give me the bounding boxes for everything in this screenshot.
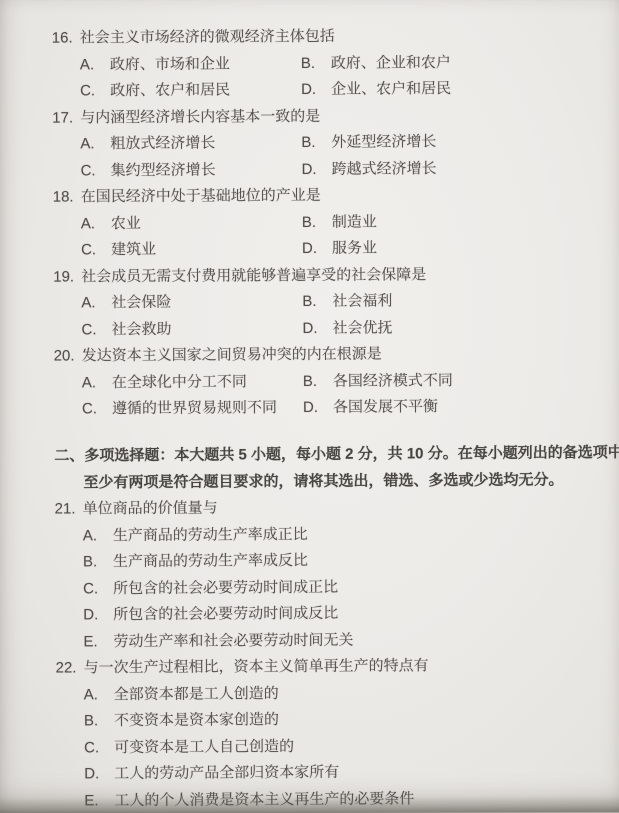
option-row: A.政府、市场和企业B.政府、企业和农户 <box>80 49 617 79</box>
option-label: D. <box>302 236 332 263</box>
question-number: 22. <box>56 655 84 682</box>
option-C: C.政府、农户和居民 <box>80 77 301 105</box>
question-stem-line: 17.与内涵型经济增长内容基本一致的是 <box>0 102 617 132</box>
option-row: A.粗放式经济增长B.外延型经济增长 <box>80 128 617 158</box>
question-stem: 在国民经济中处于基础地位的产业是 <box>81 187 321 205</box>
question-stem-line: 16.社会主义市场经济的微观经济主体包括 <box>0 22 617 52</box>
question-19: 19.社会成员无需支付费用就能够普遍享受的社会保障是A.社会保险B.社会福利C.… <box>0 261 619 344</box>
question-stem-line: 21.单位商品的价值量与 <box>1 493 619 523</box>
option-text: 社会保险 <box>111 294 171 311</box>
option-D: D.工人的劳动产品全部归资本家所有 <box>84 764 339 783</box>
option-A: A.农业 <box>81 210 302 238</box>
option-B: B.生产商品的劳动生产率成反比 <box>83 552 308 570</box>
option-B: B.外延型经济增长 <box>301 128 617 156</box>
option-C: C.所包含的社会必要劳动时间成正比 <box>83 578 338 597</box>
option-label: D. <box>84 761 114 788</box>
section-multiple-choice-questions: 二、多项选择题：本大题共 5 小题，每小题 2 分，共 10 分。在每小题列出的… <box>0 440 619 813</box>
question-20: 20.发达资本主义国家之间贸易冲突的内在根源是A.在全球化中分工不同B.各国经济… <box>0 340 619 423</box>
option-text: 全部资本都是工人创造的 <box>114 685 279 703</box>
option-text: 可变资本是工人自己创造的 <box>114 738 294 756</box>
options: A.全部资本都是工人创造的B.不变资本是资本家创造的C.可变资本是工人自己创造的… <box>2 679 619 813</box>
question-stem-line: 22.与一次生产过程相比，资本主义简单再生产的特点有 <box>2 652 619 682</box>
section-header-line: 二、多项选择题：本大题共 5 小题，每小题 2 分，共 10 分。在每小题列出的… <box>0 440 619 470</box>
option-B: B.制造业 <box>302 208 618 236</box>
options: A.粗放式经济增长B.外延型经济增长C.集约型经济增长D.跨越式经济增长 <box>0 128 618 185</box>
option-label: A. <box>81 211 111 238</box>
question-17: 17.与内涵型经济增长内容基本一致的是A.粗放式经济增长B.外延型经济增长C.集… <box>0 102 618 185</box>
option-A: A.政府、市场和企业 <box>80 51 301 79</box>
option-text: 各国发展不平衡 <box>333 398 438 416</box>
question-stem-line: 19.社会成员无需支付费用就能够普遍享受的社会保障是 <box>0 261 618 291</box>
scanned-exam-photo: 16.社会主义市场经济的微观经济主体包括A.政府、市场和企业B.政府、企业和农户… <box>0 0 619 813</box>
option-row: A.社会保险B.社会福利 <box>81 287 618 317</box>
option-E: E.劳动生产率和社会必要劳动时间无关 <box>83 631 353 650</box>
option-label: B. <box>301 130 331 157</box>
option-text: 企业、农户和居民 <box>331 80 451 98</box>
option-label: B. <box>302 209 332 236</box>
option-row: D.工人的劳动产品全部归资本家所有 <box>84 758 619 788</box>
question-stem: 社会主义市场经济的微观经济主体包括 <box>80 28 335 47</box>
option-text: 社会福利 <box>332 292 392 309</box>
option-A: A.在全球化中分工不同 <box>82 369 303 397</box>
section-header-line: 至少有两项是符合题目要求的，请将其选出，错选、多选或少选均无分。 <box>0 467 619 497</box>
option-text: 在全球化中分工不同 <box>112 373 247 391</box>
option-row: C.社会救助D.社会优抚 <box>81 314 618 344</box>
options: A.政府、市场和企业B.政府、企业和农户C.政府、农户和居民D.企业、农户和居民 <box>0 49 617 106</box>
option-text: 遵循的世界贸易规则不同 <box>112 399 277 417</box>
option-label: D. <box>83 602 113 629</box>
question-number: 21. <box>55 496 83 523</box>
option-row: C.集约型经济增长D.跨越式经济增长 <box>80 155 617 185</box>
option-text: 集约型经济增长 <box>111 161 216 179</box>
question-21: 21.单位商品的价值量与A.生产商品的劳动生产率成正比B.生产商品的劳动生产率成… <box>1 493 619 656</box>
option-text: 工人的劳动产品全部归资本家所有 <box>114 764 339 782</box>
option-B: B.各国经济模式不同 <box>303 367 619 395</box>
option-D: D.企业、农户和居民 <box>301 75 617 103</box>
option-B: B.社会福利 <box>302 287 618 315</box>
option-label: B. <box>301 50 331 77</box>
option-C: C.可变资本是工人自己创造的 <box>84 738 294 756</box>
option-D: D.各国发展不平衡 <box>303 393 619 421</box>
option-label: C. <box>84 735 114 762</box>
question-number: 20. <box>54 343 82 370</box>
option-text: 政府、农户和居民 <box>110 81 230 99</box>
option-label: E. <box>84 788 114 813</box>
option-label: C. <box>82 396 112 423</box>
option-D: D.服务业 <box>302 234 618 262</box>
option-label: A. <box>81 290 111 317</box>
option-label: D. <box>303 395 333 422</box>
option-B: B.政府、企业和农户 <box>301 49 617 77</box>
option-text: 政府、市场和企业 <box>110 55 230 73</box>
options: A.生产商品的劳动生产率成正比B.生产商品的劳动生产率成反比C.所包含的社会必要… <box>1 520 619 656</box>
option-label: A. <box>80 52 110 79</box>
option-label: D. <box>301 77 331 104</box>
option-row: C.建筑业D.服务业 <box>81 234 618 264</box>
option-row: E.工人的个人消费是资本主义再生产的必要条件 <box>84 785 619 813</box>
option-row: C.政府、农户和居民D.企业、农户和居民 <box>80 75 617 105</box>
option-A: A.社会保险 <box>81 289 302 317</box>
question-stem: 与内涵型经济增长内容基本一致的是 <box>80 107 320 125</box>
option-label: D. <box>302 315 332 342</box>
option-row: A.生产商品的劳动生产率成正比 <box>83 520 619 550</box>
option-row: C.遵循的世界贸易规则不同D.各国发展不平衡 <box>82 393 619 423</box>
option-label: A. <box>82 370 112 397</box>
option-text: 建筑业 <box>111 241 156 258</box>
option-text: 政府、企业和农户 <box>331 54 451 72</box>
option-label: C. <box>81 317 111 344</box>
option-row: E.劳动生产率和社会必要劳动时间无关 <box>83 626 619 656</box>
option-D: D.跨越式经济增长 <box>301 155 617 183</box>
question-stem: 发达资本主义国家之间贸易冲突的内在根源是 <box>82 346 382 365</box>
option-label: D. <box>301 156 331 183</box>
option-C: C.遵循的世界贸易规则不同 <box>82 395 303 423</box>
question-18: 18.在国民经济中处于基础地位的产业是A.农业B.制造业C.建筑业D.服务业 <box>0 181 618 264</box>
option-row: D.所包含的社会必要劳动时间成反比 <box>83 599 619 629</box>
option-label: B. <box>302 289 332 316</box>
option-row: A.在全球化中分工不同B.各国经济模式不同 <box>82 367 619 397</box>
option-text: 劳动生产率和社会必要劳动时间无关 <box>113 631 353 649</box>
option-E: E.工人的个人消费是资本主义再生产的必要条件 <box>84 790 414 809</box>
exam-page-content: 16.社会主义市场经济的微观经济主体包括A.政府、市场和企业B.政府、企业和农户… <box>0 0 619 813</box>
option-label: C. <box>81 237 111 264</box>
option-row: C.可变资本是工人自己创造的 <box>84 732 619 762</box>
question-stem-line: 18.在国民经济中处于基础地位的产业是 <box>0 181 618 211</box>
option-label: A. <box>80 131 110 158</box>
option-label: B. <box>84 708 114 735</box>
option-text: 各国经济模式不同 <box>333 372 453 390</box>
option-D: D.社会优抚 <box>302 314 618 342</box>
option-label: B. <box>83 549 113 576</box>
option-A: A.全部资本都是工人创造的 <box>84 685 279 703</box>
option-label: C. <box>80 78 110 105</box>
option-label: E. <box>83 629 113 656</box>
option-A: A.生产商品的劳动生产率成正比 <box>83 526 308 544</box>
options: A.社会保险B.社会福利C.社会救助D.社会优抚 <box>0 287 619 344</box>
option-text: 服务业 <box>332 240 377 257</box>
question-number: 19. <box>53 264 81 291</box>
option-label: C. <box>83 576 113 603</box>
option-row: A.农业B.制造业 <box>81 208 618 238</box>
option-text: 所包含的社会必要劳动时间成反比 <box>113 605 338 623</box>
question-stem: 单位商品的价值量与 <box>83 500 218 518</box>
option-A: A.粗放式经济增长 <box>80 130 301 158</box>
question-stem: 社会成员无需支付费用就能够普遍享受的社会保障是 <box>81 266 426 285</box>
option-row: A.全部资本都是工人创造的 <box>84 679 619 709</box>
option-text: 生产商品的劳动生产率成反比 <box>113 552 308 570</box>
option-label: B. <box>303 368 333 395</box>
option-text: 生产商品的劳动生产率成正比 <box>113 526 308 544</box>
option-text: 粗放式经济增长 <box>110 135 215 153</box>
option-B: B.不变资本是资本家创造的 <box>84 711 279 729</box>
option-text: 不变资本是资本家创造的 <box>114 711 279 729</box>
question-16: 16.社会主义市场经济的微观经济主体包括A.政府、市场和企业B.政府、企业和农户… <box>0 22 617 105</box>
option-text: 所包含的社会必要劳动时间成正比 <box>113 578 338 596</box>
question-number: 18. <box>53 184 81 211</box>
question-number: 17. <box>52 105 80 132</box>
option-D: D.所包含的社会必要劳动时间成反比 <box>83 605 338 624</box>
option-C: C.建筑业 <box>81 236 302 264</box>
question-22: 22.与一次生产过程相比，资本主义简单再生产的特点有A.全部资本都是工人创造的B… <box>2 652 619 813</box>
options: A.农业B.制造业C.建筑业D.服务业 <box>0 208 618 265</box>
option-label: C. <box>80 158 110 185</box>
option-label: A. <box>84 682 114 709</box>
option-text: 跨越式经济增长 <box>331 160 436 178</box>
option-label: A. <box>83 523 113 550</box>
question-stem: 与一次生产过程相比，资本主义简单再生产的特点有 <box>84 657 429 676</box>
option-row: B.不变资本是资本家创造的 <box>84 705 619 735</box>
section-single-choice-questions: 16.社会主义市场经济的微观经济主体包括A.政府、市场和企业B.政府、企业和农户… <box>0 22 619 423</box>
option-text: 外延型经济增长 <box>331 133 436 151</box>
option-text: 社会优抚 <box>332 319 392 336</box>
option-C: C.社会救助 <box>81 316 302 344</box>
option-text: 社会救助 <box>111 320 171 337</box>
question-stem-line: 20.发达资本主义国家之间贸易冲突的内在根源是 <box>0 340 619 370</box>
option-text: 制造业 <box>332 213 377 230</box>
question-number: 16. <box>52 25 80 52</box>
option-C: C.集约型经济增长 <box>80 157 301 185</box>
option-row: C.所包含的社会必要劳动时间成正比 <box>83 573 619 603</box>
option-row: B.生产商品的劳动生产率成反比 <box>83 546 619 576</box>
option-text: 农业 <box>111 215 141 232</box>
options: A.在全球化中分工不同B.各国经济模式不同C.遵循的世界贸易规则不同D.各国发展… <box>0 367 619 424</box>
option-text: 工人的个人消费是资本主义再生产的必要条件 <box>114 790 414 809</box>
